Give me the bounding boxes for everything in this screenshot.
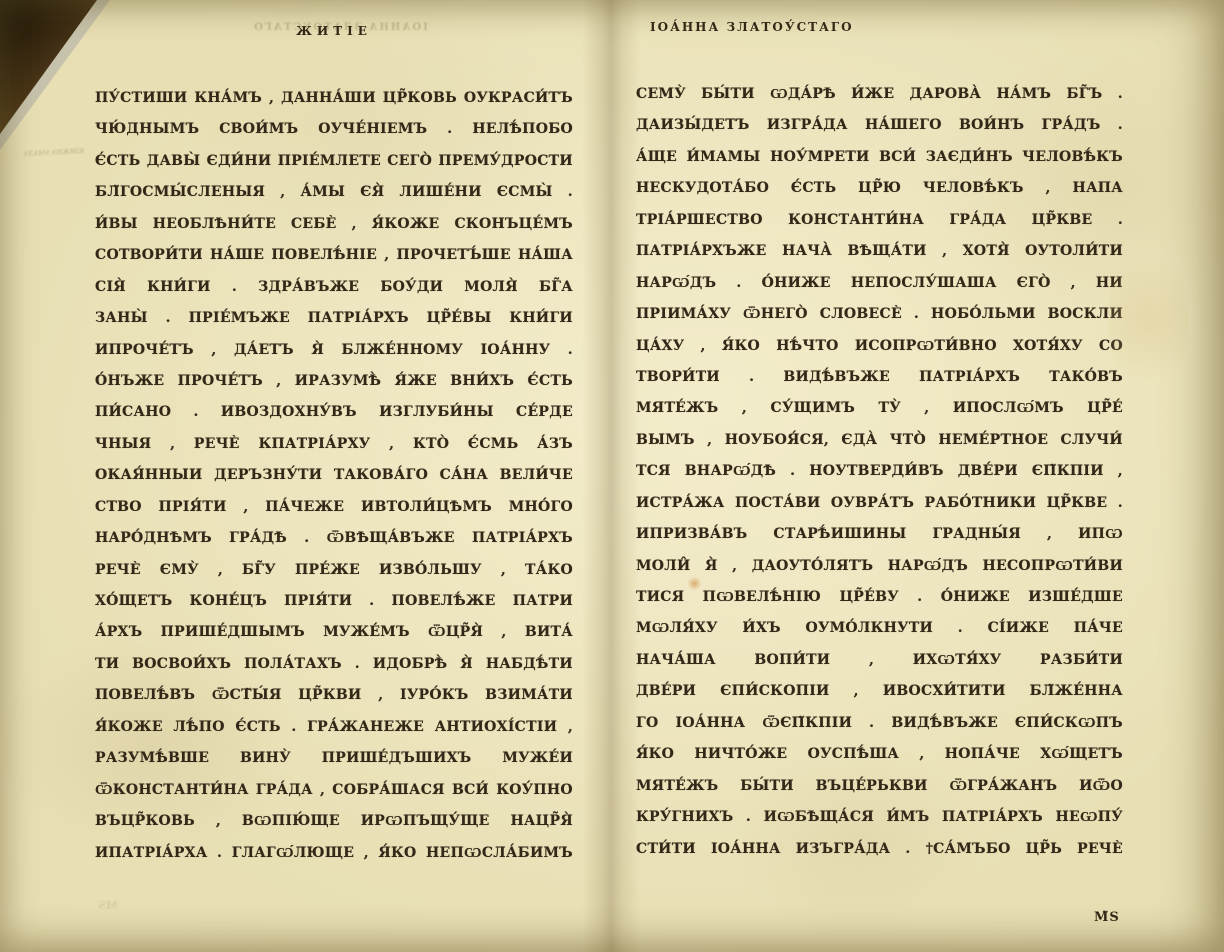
word: єму̀ [160, 552, 199, 583]
text-line: ипатріа́рха.глагѡ́люще,я́конепѡсла́бимъ [95, 835, 573, 866]
text-line: а́рхъприше́дшымъмуже́мъѿцр̃я̀,вита́ [95, 614, 573, 645]
word: восвои́хъ [132, 646, 231, 677]
word: гра́дъ [1042, 107, 1101, 138]
word: повелѣ́ніе [271, 237, 377, 268]
word: речѐ [1077, 831, 1123, 862]
word: Здра́въже [258, 269, 359, 300]
word: . [291, 709, 296, 740]
word: случи́ [1061, 422, 1123, 453]
word: бы́ти [740, 768, 794, 799]
word: , [378, 677, 383, 708]
word: , [170, 426, 175, 457]
word: Повелѣ́же [392, 583, 496, 614]
word: . [355, 646, 360, 677]
word: себѐ [291, 206, 337, 237]
text-line: речѐєму̀,бг̃упре́жеизво́льшу,та́ко [95, 552, 573, 583]
word: антиохі́стіи [435, 709, 558, 740]
word: , [243, 489, 248, 520]
word: давы̀ [147, 143, 201, 174]
word: речѐ [95, 552, 141, 583]
word: бг̃ъ [1067, 76, 1103, 107]
word: су́щимъ [771, 390, 856, 421]
word: ихѡтя́ху [913, 642, 1002, 673]
word: єя̀ [360, 174, 384, 205]
word: , [707, 422, 712, 453]
word: нацр̃я̀ [510, 803, 573, 834]
word: и́мъ [886, 799, 929, 830]
word: мяте́жъ [636, 768, 719, 799]
word: ѿст̃ы́я [212, 677, 282, 708]
word: тися [636, 579, 684, 610]
text-line: мяте́жъбы́тивъце́рьквиѿгра́жанъиѿо [636, 768, 1123, 799]
book-cover-corner [0, 0, 97, 134]
bleed-through-signature: м̃ѕ [98, 894, 118, 913]
word: вѡпію́ще [242, 803, 340, 834]
text-line: истра́жапоста́виоувра́търабо́тникицр̃кве… [636, 485, 1123, 516]
word: сія̀ [95, 269, 126, 300]
word: я́ко [722, 328, 760, 359]
word: прочетъ́ше [397, 237, 511, 268]
word: бг̃у [242, 552, 276, 583]
word: ноутверди́въ [809, 453, 943, 484]
word: вымъ [636, 422, 695, 453]
word: єп̃кпіи [1032, 453, 1104, 484]
book-scan-spread: іоанна златоустаго кіижна ѕмала м̃ѕ житі… [0, 0, 1224, 952]
word: . [447, 111, 452, 142]
word: сти́ти [636, 831, 696, 862]
word: константи́на [788, 202, 924, 233]
word: , [869, 642, 874, 673]
word: на́ша [518, 237, 573, 268]
word: . [749, 359, 754, 390]
word: пола́тахъ [244, 646, 342, 677]
word: две́ри [958, 453, 1018, 484]
ink-stain [687, 577, 702, 590]
word: ноубоя́ся, [725, 422, 829, 453]
word: да́етъ [234, 332, 294, 363]
text-line: О́нъжепроче́тъ,иразумѣ̀я́жевни́хъє́сть [95, 363, 573, 394]
word: коне́цъ [190, 583, 268, 614]
text-line: заны̀.Пріе́мъжепатріа́рхъцр̃е́выкни́ги [95, 300, 573, 331]
word: мно́го [509, 489, 573, 520]
text-line: чю́днымъсвои́мъоуче́ніемъ.нелѣ́побо [95, 111, 573, 142]
word: тся [636, 453, 671, 484]
word: лѣ́по [173, 709, 224, 740]
word: оуспѣ́ша [808, 736, 900, 767]
word: , [919, 736, 924, 767]
word: изгра́да [767, 107, 848, 138]
word: хо́щетъ [95, 583, 172, 614]
text-line: хо́щетъконе́цъпрія́ти.Повелѣ́жепатри [95, 583, 573, 614]
word: напа [1073, 170, 1123, 201]
word: . [568, 174, 573, 205]
word: . [568, 332, 573, 363]
word: . [736, 265, 741, 296]
word: ство [95, 489, 142, 520]
word: лише́ни [399, 174, 481, 205]
text-line: пи́сано.ивоздохну́въизглуби́нысе́рде [95, 394, 573, 425]
word: проче́тъ [178, 363, 263, 394]
word: тріа́ршество [636, 202, 763, 233]
word: заны̀ [95, 300, 148, 331]
word: тако́въ [1049, 359, 1123, 390]
word: єсмы̀ [497, 174, 553, 205]
text-line: мяте́жъ,су́щимъту̀,ипослѡ́мъцр̃е́ [636, 390, 1123, 421]
word: собра́шася [332, 772, 445, 803]
word: сему̀ [636, 76, 686, 107]
word: вси́ [879, 139, 916, 170]
word: окая́нныи [95, 457, 203, 488]
word: прише́дшымъ [161, 614, 305, 645]
word: са́на [440, 457, 488, 488]
word: иразумѣ̀ [295, 363, 382, 394]
word: , [924, 390, 929, 421]
text-line: тсявнарѡ́дѣ.ноутверди́въдве́риєп̃кпіи, [636, 453, 1123, 484]
word: а́рхъ [95, 614, 142, 645]
word: цр̃кве [1047, 485, 1108, 516]
word: въцр̃ковь [95, 803, 195, 834]
text-line: тивосвои́хъпола́тахъ.идобрѣ̀я̀набдѣ́ти [95, 646, 573, 677]
word: пре́же [295, 552, 360, 583]
word: . [1118, 76, 1123, 107]
word: вину̀ [240, 740, 291, 771]
word: , [269, 80, 274, 111]
word: мяте́жъ [636, 390, 719, 421]
word: неме́ртное [938, 422, 1048, 453]
text-line: разумѣ́вшевину̀прише́дъшихъмуже́и [95, 740, 573, 771]
word: я́коже [95, 709, 163, 740]
word: я́ко [636, 736, 674, 767]
text-line: вымъ,ноубоя́ся,єда̀что̀неме́ртноеслучи́ [636, 422, 1123, 453]
word: гра́да [949, 202, 1006, 233]
word: . [193, 394, 198, 425]
word: хотя̀ [963, 233, 1010, 264]
word: и́же [851, 76, 894, 107]
text-line: нача́шавопи́ти,ихѡтя́хуразби́ти [636, 642, 1123, 673]
word: патріа́рхъ [472, 520, 573, 551]
word: патріа́рхъ [919, 359, 1020, 390]
word: глагѡ́люще [232, 835, 355, 866]
word: , [1046, 170, 1051, 201]
word: рабо́тники [925, 485, 1037, 516]
word: вита́ [525, 614, 573, 645]
text-line: ствопрія́ти,па́чежеивтоли́цѣмъмно́го [95, 489, 573, 520]
word: , [701, 328, 706, 359]
text-line: тисяпѡвелѣ́ніюцр̃е́ву.О́нижеизше́дше [636, 579, 1123, 610]
word: кни́ги [147, 269, 211, 300]
word: , [854, 673, 859, 704]
word: неѡпу́ [1055, 799, 1123, 830]
word: оумо́лкнути [805, 610, 933, 641]
text-line: гоіоа́ннаѿєп̃кпіи.Видѣ́въжеєпи́скѡпъ [636, 705, 1123, 736]
word: нопа́че [945, 736, 1020, 767]
word: въце́рькви [816, 768, 928, 799]
word: , [216, 803, 221, 834]
word: цр̃ковь [383, 80, 457, 111]
word: , [384, 237, 389, 268]
word: оукраси́тъ [464, 80, 573, 111]
word: ту̀ [878, 390, 900, 421]
text-line: ѿконстанти́награ́да,собра́шасявси́коу́пн… [95, 772, 573, 803]
word: патріа́рхъ [942, 799, 1043, 830]
word: Пріе́мъже [189, 300, 290, 331]
word: . [917, 579, 922, 610]
word: иѡбѣща́ся [764, 799, 874, 830]
page-gutter [582, 0, 640, 952]
word: на́мъ [997, 76, 1052, 107]
word: є́сть [235, 709, 280, 740]
word: вни́хъ [450, 363, 514, 394]
word: муже́и [502, 740, 573, 771]
text-line: нарѡ́дъ.О́ниженепослу́шашаєго̀,ни [636, 265, 1123, 296]
word: что̀ [890, 422, 926, 453]
word: сконъце́мъ [454, 206, 572, 237]
word: цр̃е́ [1087, 390, 1123, 421]
word: є́сть [95, 143, 140, 174]
word: словесѐ [820, 296, 902, 327]
text-line: тріа́ршествоконстанти́награ́дацр̃кве. [636, 202, 1123, 233]
text-line: сотвори́тина́шеповелѣ́ніе,прочетъ́шена́ш… [95, 237, 573, 268]
word: Патріа́рхъже [636, 233, 767, 264]
word: кпатріа́рху [258, 426, 370, 457]
word: гра́да [256, 772, 313, 803]
word: та́ко [525, 552, 573, 583]
word: кру́гнихъ [636, 799, 733, 830]
word: ѡда́рѣ [770, 76, 836, 107]
word: сего̀ [387, 143, 432, 174]
text-line: пріима́хуѿнего̀словесѐ.нобо́льмивоскли [636, 296, 1123, 327]
text-line: нескудота́боє́стьцр̃ючеловѣ́къ,напа [636, 170, 1123, 201]
word: па́че [1074, 610, 1123, 641]
word: , [352, 206, 357, 237]
word: , [280, 174, 285, 205]
word: я̀ [705, 548, 718, 579]
word: , [568, 709, 573, 740]
word: . [1118, 485, 1123, 516]
word: я́ко [378, 835, 416, 866]
word: єди́ни [207, 143, 272, 174]
word: гра́дѣ [229, 520, 287, 551]
word: пи́сано [95, 394, 171, 425]
running-header-right: іоа́нна златоу́стаго [650, 16, 854, 36]
word: , [1071, 265, 1076, 296]
word: нѣ́что [776, 328, 838, 359]
word: исопрѡти́вно [855, 328, 997, 359]
word: ипослѡ́мъ [953, 390, 1064, 421]
word: ипризва́въ [636, 516, 747, 547]
word: Сі́иже [988, 610, 1049, 641]
word: мѡля́ху [636, 610, 718, 641]
word: иѿо [1079, 768, 1123, 799]
word: пу́стиши [95, 80, 187, 111]
text-line: я́кожелѣ́поє́сть.Гра́жанежеантиохі́стіи, [95, 709, 573, 740]
word: муже́мъ [323, 614, 410, 645]
word: кто̀ [413, 426, 449, 457]
word: бл̃госмы́сленыя [95, 174, 265, 205]
word: . [369, 583, 374, 614]
word: ѿгра́жанъ [949, 768, 1057, 799]
text-line: сія̀кни́ги.Здра́въжебоу́димоля̀бг̃а [95, 269, 573, 300]
word: изглуби́ны [379, 394, 494, 425]
word: ивоздохну́въ [221, 394, 357, 425]
text-line: твори́ти.Видѣ́въжепатріа́рхътако́въ [636, 359, 1123, 390]
word: єпи́скопіи [720, 673, 829, 704]
word: хѡ́щетъ [1040, 736, 1123, 767]
word: моля̀ [464, 269, 518, 300]
word: истра́жа [636, 485, 725, 516]
text-line: окая́нныидеръзну́титакова́госа́навели́че [95, 457, 573, 488]
word: †са́мъбо [926, 831, 1011, 862]
page-signature: м̃ѕ [1094, 904, 1120, 926]
text-line: є́стьдавы̀єди́нипріе́млетесего̀прему́дро… [95, 143, 573, 174]
word: іоа́нна [676, 705, 746, 736]
text-line: бл̃госмы́сленыя,а́мыєя̀лише́ниєсмы̀. [95, 174, 573, 205]
word: даизы́детъ [636, 107, 750, 138]
word: на́ше [210, 237, 264, 268]
word: оуче́ніемъ [318, 111, 427, 142]
word: и́хъ [742, 610, 780, 641]
word: вопи́ти [754, 642, 830, 673]
word: є́сть [791, 170, 836, 201]
text-line: ца́ху,я́конѣ́чтоисопрѡти́внохотя́хусо [636, 328, 1123, 359]
word: нескудота́бо [636, 170, 769, 201]
word: О́нъже [95, 363, 164, 394]
word: , [742, 390, 747, 421]
word: изъгра́да [796, 831, 891, 862]
word: боу́ди [380, 269, 443, 300]
word: , [320, 772, 325, 803]
word: О́ниже [762, 265, 831, 296]
word: ѿєп̃кпіи [762, 705, 852, 736]
word: нарѡ́дъ [636, 265, 716, 296]
word: ца́ху [636, 328, 684, 359]
text-line: пу́стишикна́мъ,данна́шицр̃ковьоукраси́тъ [95, 80, 573, 111]
word: цр̃кве [1032, 202, 1093, 233]
word: сотвори́ти [95, 237, 203, 268]
word: повелѣ́въ [95, 677, 195, 708]
word: коу́пно [496, 772, 573, 803]
word: патріа́рхъ [308, 300, 409, 331]
word: две́ри [636, 673, 696, 704]
word: твори́ти [636, 359, 720, 390]
word: єго̀ [1017, 265, 1051, 296]
word: Ѿвѣща́въже [327, 520, 455, 551]
word: вси́ [452, 772, 489, 803]
word: . [958, 610, 963, 641]
word: набдѣ́ти [486, 646, 573, 677]
text-line: две́риєпи́скопіи,ивосхи́титибл̃же́нна [636, 673, 1123, 704]
word: кна́мъ [194, 80, 262, 111]
word: разумѣ́вше [95, 740, 209, 771]
word: ивосхи́тити [883, 673, 1006, 704]
word: . [232, 269, 237, 300]
text-line: кру́гнихъ.иѡбѣща́сяи́мъпатріа́рхънеѡпу́ [636, 799, 1123, 830]
word: нача̀ [782, 233, 832, 264]
word: а́ще [636, 139, 677, 170]
word: нобо́льми [931, 296, 1036, 327]
word: цр̃ю [858, 170, 901, 201]
word: , [732, 548, 737, 579]
text-line: я́коничто́жеоуспѣ́ша,нопа́чехѡ́щетъ [636, 736, 1123, 767]
text-line: и́вынеоблѣни́тесебѐ,я́кожесконъце́мъ [95, 206, 573, 237]
word: Видѣ́въже [783, 359, 890, 390]
word: О́ниже [941, 579, 1010, 610]
word: оутоли́ти [1025, 233, 1123, 264]
word: пѡвелѣ́нію [703, 579, 821, 610]
word: человѣ́къ [923, 170, 1024, 201]
word: данна́ши [281, 80, 376, 111]
word: . [914, 296, 919, 327]
word: градны́я [932, 516, 1021, 547]
word: изше́дше [1028, 579, 1123, 610]
word: ипроче́тъ [95, 332, 194, 363]
word: непослу́шаша [851, 265, 997, 296]
word: хотя́ху [1013, 328, 1083, 359]
word: ѿконстанти́на [95, 772, 249, 803]
word: прему́дрости [438, 143, 573, 174]
word: , [389, 426, 394, 457]
word: . [304, 520, 309, 551]
word: , [501, 552, 506, 583]
word: вои́нъ [959, 107, 1024, 138]
word: нарѡ́дъ [888, 548, 968, 579]
word: такова́го [334, 457, 428, 488]
word: , [218, 552, 223, 583]
word: а́зъ [537, 426, 573, 457]
word: цр̃е́вы [427, 300, 492, 331]
word: . [869, 705, 874, 736]
word: бг̃а [539, 269, 573, 300]
word: несопрѡти́ви [982, 548, 1123, 579]
word: изво́льшу [379, 552, 482, 583]
word: наро́днѣмъ [95, 520, 212, 551]
word: ти [95, 646, 119, 677]
word: разби́ти [1040, 642, 1123, 673]
word: идобрѣ̀ [373, 646, 448, 677]
word: на́шего [865, 107, 942, 138]
word: го [636, 705, 658, 736]
word: я̀ [311, 332, 324, 363]
running-header-left: житіе [95, 20, 573, 40]
text-line: моли̂я̀,даоуто́лятънарѡ́дънесопрѡти́ви [636, 548, 1123, 579]
word: іоа́нну [481, 332, 551, 363]
word: бы́ти [701, 76, 755, 107]
right-page-text: сему̀бы́тиѡда́рѣи́жедарова̀на́мъбг̃ъ.даи… [636, 76, 1123, 868]
word: вели́че [500, 457, 573, 488]
word: даоуто́лятъ [752, 548, 874, 579]
word: . [905, 831, 910, 862]
word: . [217, 835, 222, 866]
word: , [276, 363, 281, 394]
word: ипѡ [1078, 516, 1123, 547]
text-line: чныя,речѐкпатріа́рху,кто̀є́смьа́зъ [95, 426, 573, 457]
word: пріима́ху [636, 296, 731, 327]
word: , [942, 233, 947, 264]
word: и́мамы [687, 139, 761, 170]
word: па́чеже [265, 489, 344, 520]
word: взима́ти [485, 677, 573, 708]
word: я́же [395, 363, 437, 394]
text-line: мѡля́хуи́хъоумо́лкнути.Сі́ижепа́че [636, 610, 1123, 641]
text-line: даизы́детъизгра́дана́шеговои́нъгра́дъ. [636, 107, 1123, 138]
word: ивтоли́цѣмъ [361, 489, 492, 520]
text-line: ипризва́въстарѣ́ишиныградны́я,ипѡ [636, 516, 1123, 547]
word: патри [513, 583, 573, 614]
paper-stain [1108, 240, 1188, 400]
word: ноу́мрети [770, 139, 870, 170]
word: цр̃е́ву [839, 579, 898, 610]
word: є́смь [468, 426, 519, 457]
